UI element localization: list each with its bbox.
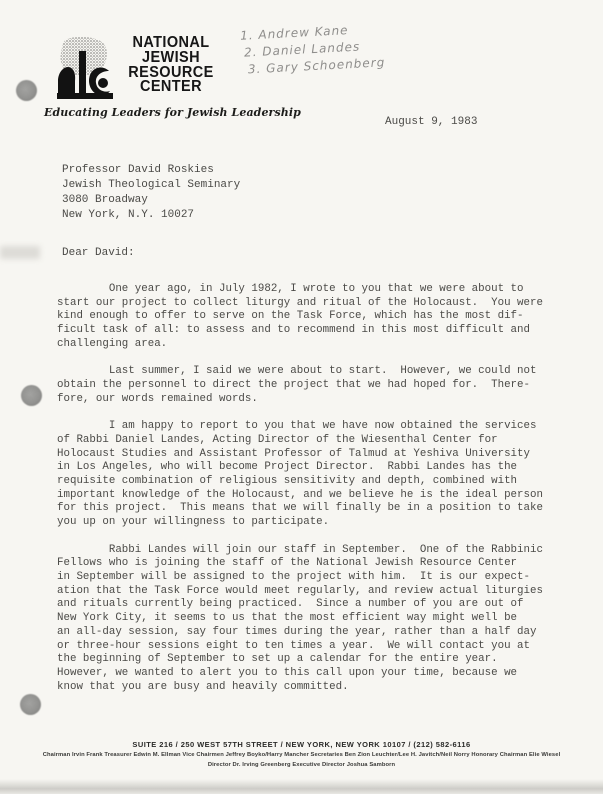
recipient-address: Professor David Roskies Jewish Theologic…	[62, 163, 240, 223]
handwritten-notes: 1. Andrew Kane 2. Daniel Landes 3. Gary …	[240, 20, 386, 78]
org-name-line: CENTER	[112, 81, 230, 96]
njrc-logo-icon	[57, 37, 113, 101]
footer-officers-line2: Director Dr. Irving Greenberg Executive …	[0, 762, 603, 768]
hole-punch-top	[16, 80, 37, 101]
footer-officers-line1: Chairman Irvin Frank Treasurer Edwin M. …	[0, 752, 603, 758]
footer-address: SUITE 216 / 250 WEST 57TH STREET / NEW Y…	[0, 740, 603, 749]
salutation: Dear David:	[62, 247, 135, 259]
letter-body: One year ago, in July 1982, I wrote to y…	[57, 283, 565, 708]
hole-punch-middle	[21, 385, 42, 406]
recipient-line: Jewish Theological Seminary	[62, 178, 240, 193]
body-paragraph: Rabbi Landes will join our staff in Sept…	[57, 544, 565, 695]
recipient-line: New York, N.Y. 10027	[62, 208, 240, 223]
hole-punch-bottom	[20, 694, 41, 715]
body-paragraph: Last summer, I said we were about to sta…	[57, 365, 565, 406]
body-paragraph: One year ago, in July 1982, I wrote to y…	[57, 283, 565, 352]
recipient-line: 3080 Broadway	[62, 193, 240, 208]
letter-date: August 9, 1983	[385, 116, 477, 128]
recipient-line: Professor David Roskies	[62, 163, 240, 178]
org-tagline: Educating Leaders for Jewish Leadership	[44, 106, 301, 119]
scan-smudge	[0, 246, 40, 259]
body-paragraph: I am happy to report to you that we have…	[57, 420, 565, 530]
scan-bottom-edge	[0, 779, 603, 794]
scanned-letter-page: NATIONAL JEWISH RESOURCE CENTER Educatin…	[0, 0, 603, 794]
org-name: NATIONAL JEWISH RESOURCE CENTER	[112, 36, 230, 96]
